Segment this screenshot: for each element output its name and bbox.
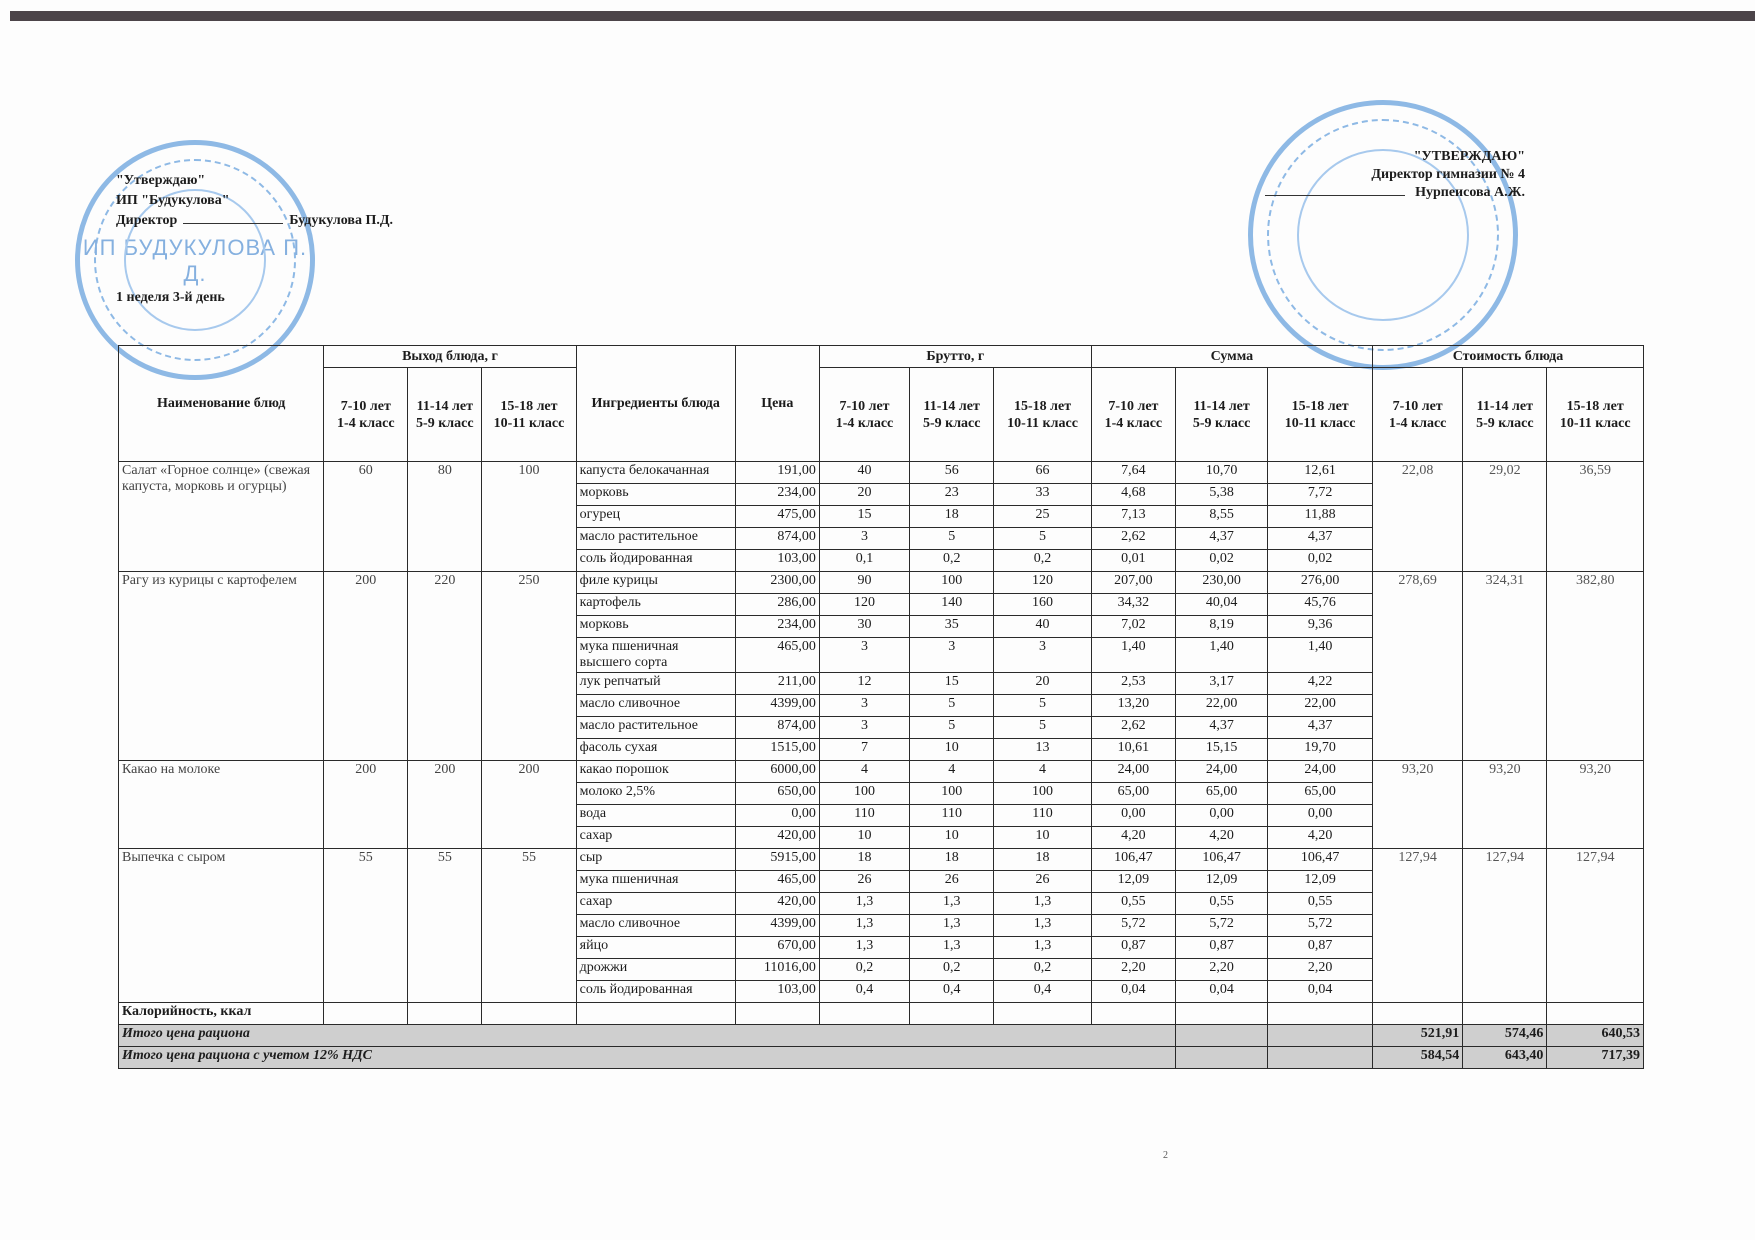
age-range: 7-10 лет — [327, 398, 404, 415]
age-range: 7-10 лет — [823, 398, 906, 415]
ingredient-brutto: 110 — [910, 805, 994, 827]
ingredient-price: 475,00 — [735, 506, 819, 528]
total-value: 521,91 — [1372, 1025, 1462, 1047]
ingredient-name: яйцо — [576, 937, 735, 959]
ingredient-name: картофель — [576, 594, 735, 616]
approval-left-position: Директор — [116, 213, 177, 228]
scan-top-border — [10, 11, 1755, 21]
ingredient-brutto: 140 — [910, 594, 994, 616]
ingredient-sum: 0,02 — [1268, 550, 1373, 572]
ingredient-sum: 2,20 — [1091, 959, 1175, 981]
ingredient-sum: 13,20 — [1091, 695, 1175, 717]
total-label: Итого цена рациона — [119, 1025, 1176, 1047]
dish-yield: 55 — [408, 849, 482, 1003]
ingredient-name: морковь — [576, 616, 735, 638]
ingredient-brutto: 0,2 — [910, 550, 994, 572]
header-ingredients: Ингредиенты блюда — [576, 346, 735, 462]
calories-row: Калорийность, ккал — [119, 1003, 1644, 1025]
ingredient-name: лук репчатый — [576, 673, 735, 695]
ingredient-brutto: 30 — [819, 616, 909, 638]
approval-left-signature-row: ДиректорБудукулова П.Д. — [116, 211, 393, 231]
ingredient-sum: 34,32 — [1091, 594, 1175, 616]
ingredient-brutto: 18 — [910, 849, 994, 871]
dish-name: Салат «Горное солнце» (свежая капуста, м… — [119, 462, 324, 572]
empty-cell — [1175, 1003, 1267, 1025]
ingredient-brutto: 1,3 — [910, 893, 994, 915]
ingredient-sum: 7,13 — [1091, 506, 1175, 528]
empty-cell — [482, 1003, 576, 1025]
ingredient-name: мука пшеничная — [576, 871, 735, 893]
ingredient-name: вода — [576, 805, 735, 827]
ingredient-name: филе курицы — [576, 572, 735, 594]
ingredient-sum: 0,87 — [1268, 937, 1373, 959]
ingredient-sum: 24,00 — [1175, 761, 1267, 783]
dish-cost: 278,69 — [1372, 572, 1462, 761]
dish-name: Выпечка с сыром — [119, 849, 324, 1003]
ingredient-price: 2300,00 — [735, 572, 819, 594]
ingredient-sum: 40,04 — [1175, 594, 1267, 616]
ingredient-name: масло растительное — [576, 528, 735, 550]
ingredient-sum: 65,00 — [1091, 783, 1175, 805]
ingredient-brutto: 100 — [910, 572, 994, 594]
ingredient-sum: 106,47 — [1091, 849, 1175, 871]
ingredient-price: 4399,00 — [735, 695, 819, 717]
ingredient-sum: 0,00 — [1268, 805, 1373, 827]
dish-cost: 127,94 — [1547, 849, 1644, 1003]
ingredient-price: 211,00 — [735, 673, 819, 695]
ingredient-name: масло сливочное — [576, 915, 735, 937]
ingredient-sum: 4,20 — [1175, 827, 1267, 849]
ingredient-brutto: 12 — [819, 673, 909, 695]
ingredient-sum: 1,40 — [1268, 638, 1373, 673]
age-range: 15-18 лет — [1550, 398, 1640, 415]
ingredient-sum: 4,22 — [1268, 673, 1373, 695]
empty-cell — [408, 1003, 482, 1025]
ingredient-price: 103,00 — [735, 550, 819, 572]
ingredient-sum: 12,09 — [1091, 871, 1175, 893]
ingredient-sum: 4,20 — [1091, 827, 1175, 849]
ingredient-brutto: 7 — [819, 739, 909, 761]
ingredient-sum: 7,64 — [1091, 462, 1175, 484]
empty-cell — [1463, 1003, 1547, 1025]
ingredient-brutto: 4 — [819, 761, 909, 783]
empty-cell — [819, 1003, 909, 1025]
ingredient-sum: 0,87 — [1091, 937, 1175, 959]
grade-range: 10-11 класс — [1271, 415, 1369, 432]
ingredient-price: 670,00 — [735, 937, 819, 959]
ingredient-brutto: 1,3 — [994, 937, 1092, 959]
ingredient-sum: 2,62 — [1091, 528, 1175, 550]
ingredient-brutto: 5 — [910, 717, 994, 739]
grade-range: 5-9 класс — [1179, 415, 1264, 432]
ingredient-brutto: 100 — [819, 783, 909, 805]
ingredient-sum: 5,38 — [1175, 484, 1267, 506]
ingredient-brutto: 5 — [910, 695, 994, 717]
header-price: Цена — [735, 346, 819, 462]
dish-yield: 200 — [324, 572, 408, 761]
ingredient-brutto: 56 — [910, 462, 994, 484]
ingredient-name: молоко 2,5% — [576, 783, 735, 805]
ingredient-price: 874,00 — [735, 717, 819, 739]
ingredient-sum: 0,02 — [1175, 550, 1267, 572]
ingredient-brutto: 120 — [819, 594, 909, 616]
ingredient-brutto: 4 — [994, 761, 1092, 783]
ingredient-brutto: 0,4 — [994, 981, 1092, 1003]
ingredient-brutto: 33 — [994, 484, 1092, 506]
ingredient-sum: 4,37 — [1268, 528, 1373, 550]
dish-yield: 220 — [408, 572, 482, 761]
header-sum-age-0: 7-10 лет1-4 класс — [1091, 368, 1175, 462]
ingredient-sum: 0,04 — [1091, 981, 1175, 1003]
ingredient-brutto: 0,2 — [994, 550, 1092, 572]
ingredient-brutto: 1,3 — [910, 937, 994, 959]
ingredient-sum: 7,72 — [1268, 484, 1373, 506]
ingredient-brutto: 26 — [994, 871, 1092, 893]
table-row: Какао на молоке200200200какао порошок600… — [119, 761, 1644, 783]
ingredient-brutto: 40 — [819, 462, 909, 484]
ingredient-name: огурец — [576, 506, 735, 528]
ingredient-sum: 10,61 — [1091, 739, 1175, 761]
ingredient-brutto: 35 — [910, 616, 994, 638]
dish-yield: 250 — [482, 572, 576, 761]
ingredient-price: 286,00 — [735, 594, 819, 616]
ingredient-name: морковь — [576, 484, 735, 506]
ingredient-brutto: 3 — [910, 638, 994, 673]
ingredient-sum: 0,55 — [1175, 893, 1267, 915]
ingredient-sum: 5,72 — [1268, 915, 1373, 937]
age-range: 11-14 лет — [1466, 398, 1543, 415]
age-range: 11-14 лет — [411, 398, 478, 415]
header-cost-age-2: 15-18 лет10-11 класс — [1547, 368, 1644, 462]
dish-cost: 93,20 — [1547, 761, 1644, 849]
ingredient-sum: 2,20 — [1175, 959, 1267, 981]
ingredient-brutto: 3 — [819, 528, 909, 550]
age-range: 7-10 лет — [1095, 398, 1172, 415]
ingredient-price: 465,00 — [735, 638, 819, 673]
approval-left-title: "Утверждаю" — [116, 171, 393, 191]
ingredient-brutto: 20 — [819, 484, 909, 506]
total-value: 640,53 — [1547, 1025, 1644, 1047]
ingredient-sum: 5,72 — [1091, 915, 1175, 937]
dish-cost: 29,02 — [1463, 462, 1547, 572]
total-value: 643,40 — [1463, 1047, 1547, 1069]
approval-block-right: "УТВЕРЖДАЮ" Директор гимназии № 4 Нурпеи… — [1265, 148, 1525, 202]
empty-cell — [1091, 1003, 1175, 1025]
empty-cell — [1268, 1025, 1373, 1047]
total-value: 717,39 — [1547, 1047, 1644, 1069]
dish-yield: 55 — [482, 849, 576, 1003]
ingredient-name: соль йодированная — [576, 981, 735, 1003]
ingredient-brutto: 66 — [994, 462, 1092, 484]
header-yield-age-0: 7-10 лет1-4 класс — [324, 368, 408, 462]
total-row: Итого цена рациона с учетом 12% НДС584,5… — [119, 1047, 1644, 1069]
header-yield: Выход блюда, г — [324, 346, 576, 368]
grade-range: 5-9 класс — [1466, 415, 1543, 432]
dish-yield: 60 — [324, 462, 408, 572]
ingredient-sum: 24,00 — [1091, 761, 1175, 783]
ingredient-sum: 0,04 — [1268, 981, 1373, 1003]
empty-cell — [1268, 1047, 1373, 1069]
ingredient-sum: 3,17 — [1175, 673, 1267, 695]
grade-range: 1-4 класс — [1095, 415, 1172, 432]
ingredient-sum: 2,62 — [1091, 717, 1175, 739]
grade-range: 1-4 класс — [327, 415, 404, 432]
dish-name: Какао на молоке — [119, 761, 324, 849]
ingredient-sum: 8,19 — [1175, 616, 1267, 638]
approval-right-name: Нурпеисова А.Ж. — [1415, 185, 1525, 200]
grade-range: 1-4 класс — [1376, 415, 1459, 432]
ingredient-brutto: 5 — [994, 695, 1092, 717]
ingredient-brutto: 15 — [819, 506, 909, 528]
ingredient-brutto: 25 — [994, 506, 1092, 528]
dish-yield: 200 — [408, 761, 482, 849]
age-range: 7-10 лет — [1376, 398, 1459, 415]
ingredient-sum: 8,55 — [1175, 506, 1267, 528]
empty-cell — [735, 1003, 819, 1025]
ingredient-sum: 207,00 — [1091, 572, 1175, 594]
ingredient-price: 191,00 — [735, 462, 819, 484]
ingredient-brutto: 20 — [994, 673, 1092, 695]
ingredient-brutto: 100 — [994, 783, 1092, 805]
ingredient-brutto: 5 — [910, 528, 994, 550]
approval-right-title: "УТВЕРЖДАЮ" — [1265, 148, 1525, 166]
page-number: 2 — [1163, 1150, 1168, 1161]
ingredient-sum: 2,20 — [1268, 959, 1373, 981]
approval-left-name: Будукулова П.Д. — [289, 213, 393, 228]
ingredient-price: 4399,00 — [735, 915, 819, 937]
ingredient-price: 465,00 — [735, 871, 819, 893]
ingredient-sum: 19,70 — [1268, 739, 1373, 761]
seal-stamp-right — [1248, 100, 1518, 370]
ingredient-brutto: 0,2 — [819, 959, 909, 981]
empty-cell — [1372, 1003, 1462, 1025]
ingredient-brutto: 15 — [910, 673, 994, 695]
grade-range: 10-11 класс — [997, 415, 1088, 432]
empty-cell — [1175, 1047, 1267, 1069]
ingredient-sum: 106,47 — [1268, 849, 1373, 871]
ingredient-price: 11016,00 — [735, 959, 819, 981]
seal-stamp-left-text: ИП БУДУКУЛОВА П. Д. — [80, 235, 310, 287]
ingredient-brutto: 100 — [910, 783, 994, 805]
dish-yield: 100 — [482, 462, 576, 572]
ingredient-sum: 0,55 — [1091, 893, 1175, 915]
empty-cell — [1175, 1025, 1267, 1047]
dish-name: Рагу из курицы с картофелем — [119, 572, 324, 761]
total-value: 574,46 — [1463, 1025, 1547, 1047]
ingredient-sum: 0,87 — [1175, 937, 1267, 959]
total-label: Итого цена рациона с учетом 12% НДС — [119, 1047, 1176, 1069]
ingredient-sum: 0,04 — [1175, 981, 1267, 1003]
ingredient-sum: 4,37 — [1175, 528, 1267, 550]
ingredient-brutto: 1,3 — [819, 915, 909, 937]
table-row: Салат «Горное солнце» (свежая капуста, м… — [119, 462, 1644, 484]
approval-right-position: Директор гимназии № 4 — [1265, 166, 1525, 184]
ingredient-name: дрожжи — [576, 959, 735, 981]
ingredient-brutto: 40 — [994, 616, 1092, 638]
calories-label: Калорийность, ккал — [119, 1003, 324, 1025]
ingredient-brutto: 5 — [994, 717, 1092, 739]
header-brutto-age-2: 15-18 лет10-11 класс — [994, 368, 1092, 462]
ingredient-brutto: 0,2 — [910, 959, 994, 981]
dish-yield: 80 — [408, 462, 482, 572]
ingredient-brutto: 1,3 — [994, 915, 1092, 937]
empty-cell — [994, 1003, 1092, 1025]
ingredient-name: сахар — [576, 893, 735, 915]
header-cost-age-1: 11-14 лет5-9 класс — [1463, 368, 1547, 462]
ingredient-sum: 15,15 — [1175, 739, 1267, 761]
ingredient-sum: 4,20 — [1268, 827, 1373, 849]
header-brutto-age-0: 7-10 лет1-4 класс — [819, 368, 909, 462]
ingredient-sum: 230,00 — [1175, 572, 1267, 594]
ingredient-sum: 12,09 — [1175, 871, 1267, 893]
ingredient-brutto: 1,3 — [819, 937, 909, 959]
ingredient-name: масло сливочное — [576, 695, 735, 717]
empty-cell — [324, 1003, 408, 1025]
total-row: Итого цена рациона521,91574,46640,53 — [119, 1025, 1644, 1047]
grade-range: 5-9 класс — [913, 415, 990, 432]
ingredient-brutto: 18 — [819, 849, 909, 871]
ingredient-brutto: 18 — [994, 849, 1092, 871]
ingredient-brutto: 0,2 — [994, 959, 1092, 981]
age-range: 15-18 лет — [1271, 398, 1369, 415]
ingredient-price: 420,00 — [735, 827, 819, 849]
ingredient-name: капуста белокачанная — [576, 462, 735, 484]
ingredient-price: 103,00 — [735, 981, 819, 1003]
ingredient-brutto: 1,3 — [910, 915, 994, 937]
dish-cost: 127,94 — [1463, 849, 1547, 1003]
ingredient-brutto: 13 — [994, 739, 1092, 761]
ingredient-price: 234,00 — [735, 616, 819, 638]
ingredient-brutto: 3 — [819, 717, 909, 739]
ingredient-brutto: 0,4 — [819, 981, 909, 1003]
ingredient-sum: 4,37 — [1175, 717, 1267, 739]
dish-yield: 55 — [324, 849, 408, 1003]
ingredient-price: 650,00 — [735, 783, 819, 805]
ingredient-brutto: 110 — [819, 805, 909, 827]
ingredient-sum: 276,00 — [1268, 572, 1373, 594]
ingredient-brutto: 110 — [994, 805, 1092, 827]
age-range: 15-18 лет — [997, 398, 1088, 415]
ingredient-sum: 24,00 — [1268, 761, 1373, 783]
ingredient-brutto: 3 — [819, 695, 909, 717]
signature-line — [1265, 195, 1405, 196]
ingredient-sum: 0,01 — [1091, 550, 1175, 572]
ingredient-price: 1515,00 — [735, 739, 819, 761]
ingredient-price: 234,00 — [735, 484, 819, 506]
ingredient-brutto: 0,4 — [910, 981, 994, 1003]
dish-cost: 93,20 — [1463, 761, 1547, 849]
ingredient-brutto: 26 — [910, 871, 994, 893]
header-sum-age-1: 11-14 лет5-9 класс — [1175, 368, 1267, 462]
ingredient-price: 0,00 — [735, 805, 819, 827]
header-brutto-age-1: 11-14 лет5-9 класс — [910, 368, 994, 462]
dish-cost: 127,94 — [1372, 849, 1462, 1003]
age-range: 15-18 лет — [485, 398, 572, 415]
ingredient-sum: 106,47 — [1175, 849, 1267, 871]
ingredient-brutto: 1,3 — [819, 893, 909, 915]
dish-cost: 36,59 — [1547, 462, 1644, 572]
header-brutto: Брутто, г — [819, 346, 1091, 368]
ingredient-brutto: 18 — [910, 506, 994, 528]
ingredient-sum: 12,09 — [1268, 871, 1373, 893]
ingredient-brutto: 23 — [910, 484, 994, 506]
dish-cost: 324,31 — [1463, 572, 1547, 761]
ingredient-sum: 12,61 — [1268, 462, 1373, 484]
table-row: Выпечка с сыром555555сыр5915,00181818106… — [119, 849, 1644, 871]
dish-cost: 22,08 — [1372, 462, 1462, 572]
empty-cell — [910, 1003, 994, 1025]
ingredient-price: 5915,00 — [735, 849, 819, 871]
empty-cell — [576, 1003, 735, 1025]
week-day-label: 1 неделя 3-й день — [116, 290, 225, 306]
ingredient-brutto: 26 — [819, 871, 909, 893]
ingredient-sum: 0,00 — [1091, 805, 1175, 827]
ingredient-brutto: 10 — [910, 739, 994, 761]
ingredient-name: фасоль сухая — [576, 739, 735, 761]
ingredient-brutto: 0,1 — [819, 550, 909, 572]
ingredient-name: мука пшеничная высшего сорта — [576, 638, 735, 673]
ingredient-sum: 65,00 — [1268, 783, 1373, 805]
ingredient-sum: 1,40 — [1175, 638, 1267, 673]
ingredient-price: 874,00 — [735, 528, 819, 550]
grade-range: 1-4 класс — [823, 415, 906, 432]
total-value: 584,54 — [1372, 1047, 1462, 1069]
ingredient-sum: 65,00 — [1175, 783, 1267, 805]
empty-cell — [1268, 1003, 1373, 1025]
approval-right-signature-row: Нурпеисова А.Ж. — [1265, 184, 1525, 202]
grade-range: 10-11 класс — [485, 415, 572, 432]
dish-yield: 200 — [482, 761, 576, 849]
header-dish-name: Наименование блюд — [119, 346, 324, 462]
dish-cost: 93,20 — [1372, 761, 1462, 849]
ingredient-name: соль йодированная — [576, 550, 735, 572]
ingredient-brutto: 1,3 — [994, 893, 1092, 915]
ingredient-brutto: 3 — [819, 638, 909, 673]
ingredient-sum: 0,00 — [1175, 805, 1267, 827]
approval-block-left: "Утверждаю" ИП "Будукулова" ДиректорБуду… — [116, 171, 393, 231]
ingredient-sum: 2,53 — [1091, 673, 1175, 695]
ingredient-name: сахар — [576, 827, 735, 849]
ingredient-sum: 4,68 — [1091, 484, 1175, 506]
age-range: 11-14 лет — [913, 398, 990, 415]
header-sum-age-2: 15-18 лет10-11 класс — [1268, 368, 1373, 462]
age-range: 11-14 лет — [1179, 398, 1264, 415]
ingredient-brutto: 10 — [994, 827, 1092, 849]
header-yield-age-1: 11-14 лет5-9 класс — [408, 368, 482, 462]
ingredient-brutto: 90 — [819, 572, 909, 594]
ingredient-brutto: 120 — [994, 572, 1092, 594]
ingredient-brutto: 10 — [910, 827, 994, 849]
ingredient-brutto: 3 — [994, 638, 1092, 673]
ingredient-sum: 1,40 — [1091, 638, 1175, 673]
dish-cost: 382,80 — [1547, 572, 1644, 761]
menu-table-body: Салат «Горное солнце» (свежая капуста, м… — [119, 462, 1644, 1069]
ingredient-name: сыр — [576, 849, 735, 871]
ingredient-price: 420,00 — [735, 893, 819, 915]
ingredient-sum: 22,00 — [1175, 695, 1267, 717]
ingredient-sum: 45,76 — [1268, 594, 1373, 616]
ingredient-sum: 9,36 — [1268, 616, 1373, 638]
grade-range: 5-9 класс — [411, 415, 478, 432]
ingredient-brutto: 5 — [994, 528, 1092, 550]
header-yield-age-2: 15-18 лет10-11 класс — [482, 368, 576, 462]
ingredient-brutto: 160 — [994, 594, 1092, 616]
ingredient-price: 6000,00 — [735, 761, 819, 783]
empty-cell — [1547, 1003, 1644, 1025]
ingredient-name: какао порошок — [576, 761, 735, 783]
menu-table: Наименование блюд Выход блюда, г Ингреди… — [118, 345, 1644, 1069]
ingredient-name: масло растительное — [576, 717, 735, 739]
